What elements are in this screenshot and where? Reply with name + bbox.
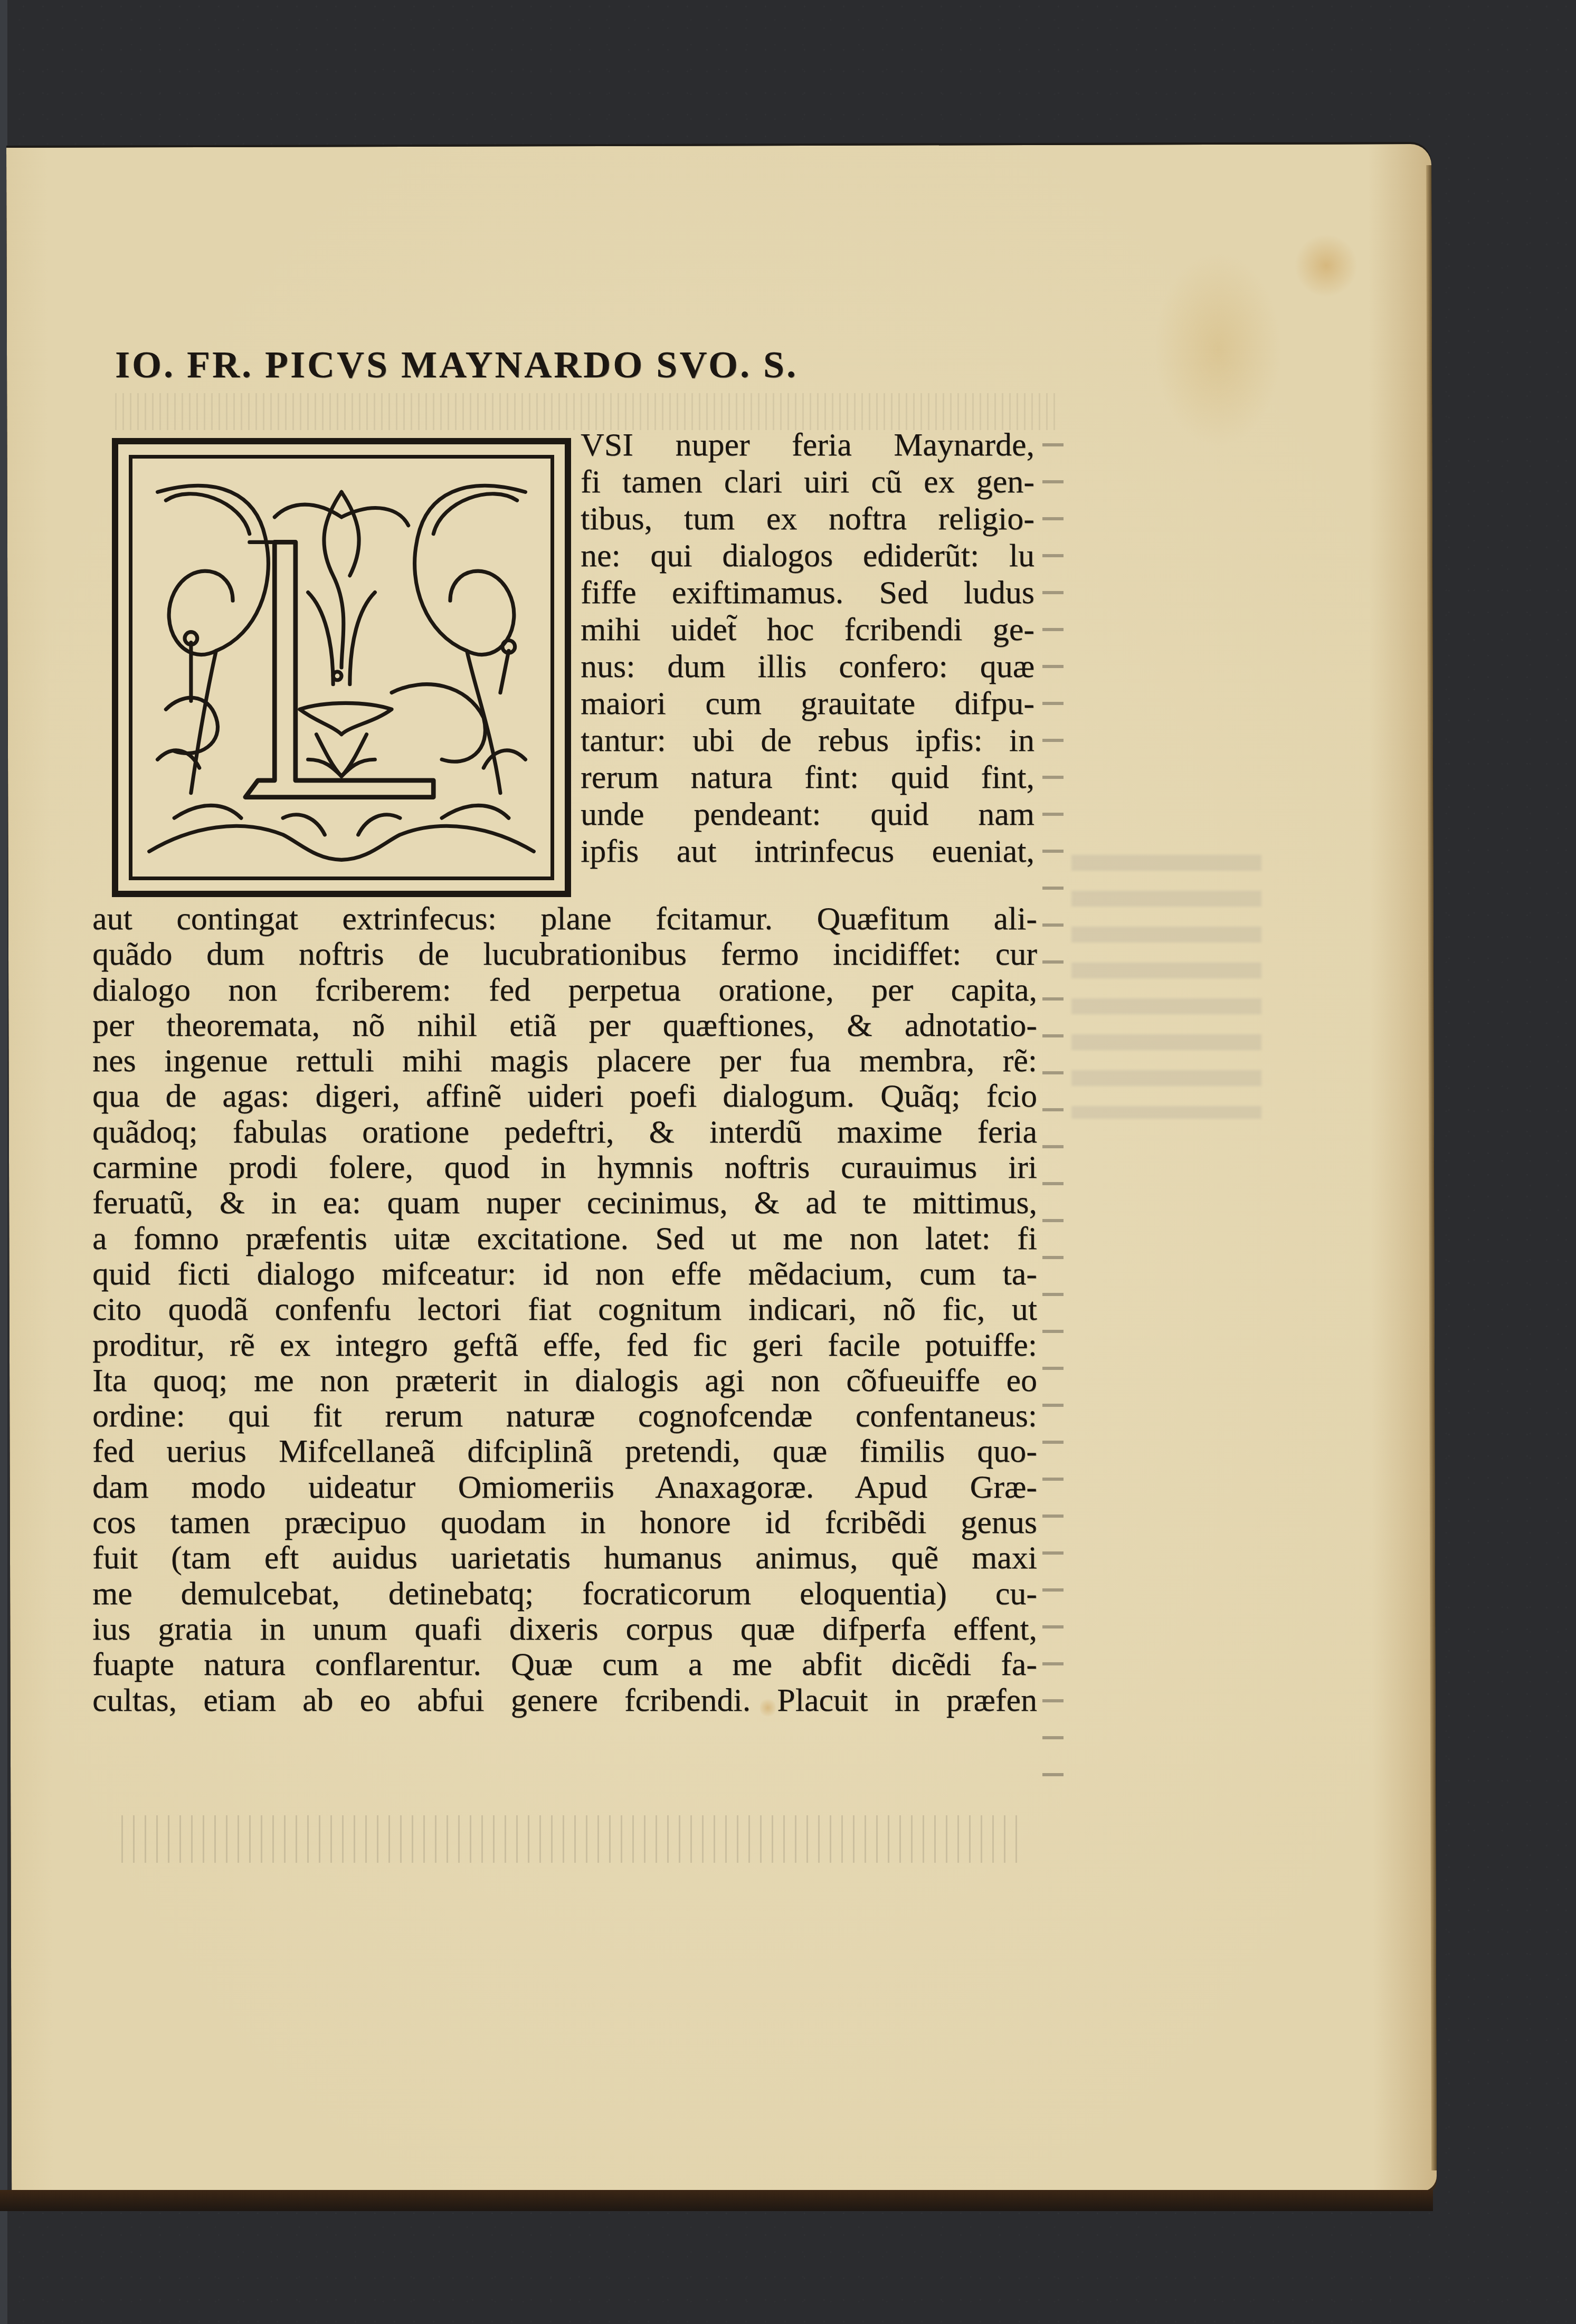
text-line: aut contingat extrinfecus: plane fcitamu…: [92, 901, 1037, 937]
text-line: proditur, rẽ ex integro geftã effe, fed …: [92, 1328, 1037, 1363]
text-line: maiori cum grauitate difpu-: [581, 685, 1034, 722]
text-line: tibus, tum ex noftra religio-: [581, 500, 1034, 537]
text-line: unde pendeant: quid nam: [581, 796, 1034, 833]
text-line: fuit (tam eft auidus uarietatis humanus …: [92, 1540, 1037, 1576]
foxing-stain: [1294, 234, 1357, 297]
text-line: ius gratia in unum quafi dixeris corpus …: [92, 1612, 1037, 1647]
text-line: fed uerius Mifcellaneã difciplinã preten…: [92, 1434, 1037, 1469]
text-line: ipfis aut intrinfecus eueniat,: [581, 833, 1034, 870]
text-line: dam modo uideatur Omiomeriis Anaxagoræ. …: [92, 1470, 1037, 1505]
text-line: quid ficti dialogo mifceatur: id non eff…: [92, 1256, 1037, 1292]
text-line: dialogo non fcriberem: fed perpetua orat…: [92, 973, 1037, 1008]
text-body-full-width: aut contingat extrinfecus: plane fcitamu…: [92, 901, 1037, 1718]
letter-heading: IO. FR. PICVS MAYNARDO SVO. S.: [115, 343, 1065, 390]
text-line: feruatũ, & in ea: quam nuper cecinimus, …: [92, 1185, 1037, 1221]
text-line: rerum natura fint: quid fint,: [581, 759, 1034, 796]
decorated-initial-letter: [112, 438, 571, 897]
show-through-text: [1071, 855, 1261, 1119]
text-line: cultas, etiam ab eo abfui genere fcriben…: [92, 1683, 1037, 1718]
text-line: me demulcebat, detinebatq; focraticorum …: [92, 1576, 1037, 1612]
text-line: a fomno præfentis uitæ excitatione. Sed …: [92, 1221, 1037, 1256]
page-fore-edge: [1426, 165, 1437, 2170]
text-line: Ita quoq; me non præterit in dialogis ag…: [92, 1363, 1037, 1398]
text-line: ne: qui dialogos ediderũt: lu: [581, 537, 1034, 574]
woodcut-initial-L-icon: [132, 459, 550, 877]
left-edge-strip: [0, 0, 7, 2324]
text-line: qua de agas: digeri, affinẽ uideri poefi…: [92, 1079, 1037, 1114]
page-bottom-edge: [0, 2190, 1433, 2211]
text-line: cito quodã confenfu lectori fiat cognitu…: [92, 1292, 1037, 1327]
text-line: quãdoq; fabulas oratione pedeftri, & int…: [92, 1115, 1037, 1150]
offset-ghost-text: [115, 393, 1060, 430]
text-line: quãdo dum noftris de lucubrationibus fer…: [92, 937, 1037, 972]
text-line: VSI nuper feria Maynarde,: [581, 426, 1034, 463]
text-line: nes ingenue rettuli mihi magis placere p…: [92, 1043, 1037, 1079]
initial-inner-frame: [129, 455, 554, 880]
text-line: nus: dum illis confero: quæ: [581, 648, 1034, 685]
margin-ink-specks: [1042, 422, 1064, 1794]
text-line: fi tamen clari uiri cũ ex gen-: [581, 463, 1034, 500]
text-line: ordine: qui fit rerum naturæ cognofcendæ…: [92, 1398, 1037, 1434]
text-line: fiffe exiftimamus. Sed ludus: [581, 574, 1034, 611]
text-line: cos tamen præcipuo quodam in honore id f…: [92, 1505, 1037, 1540]
text-line: carmine prodi folere, quod in hymnis nof…: [92, 1150, 1037, 1185]
text-column-beside-initial: VSI nuper feria Maynarde, fi tamen clari…: [581, 426, 1034, 870]
text-line: mihi uidet̃ hoc fcribendi ge-: [581, 611, 1034, 648]
text-line: per theoremata, nõ nihil etiã per quæfti…: [92, 1008, 1037, 1043]
text-line: fuapte natura conflarentur. Quæ cum a me…: [92, 1647, 1037, 1682]
offset-ghost-text-bottom: [121, 1815, 1019, 1863]
text-line: tantur: ubi de rebus ipfis: in: [581, 722, 1034, 759]
